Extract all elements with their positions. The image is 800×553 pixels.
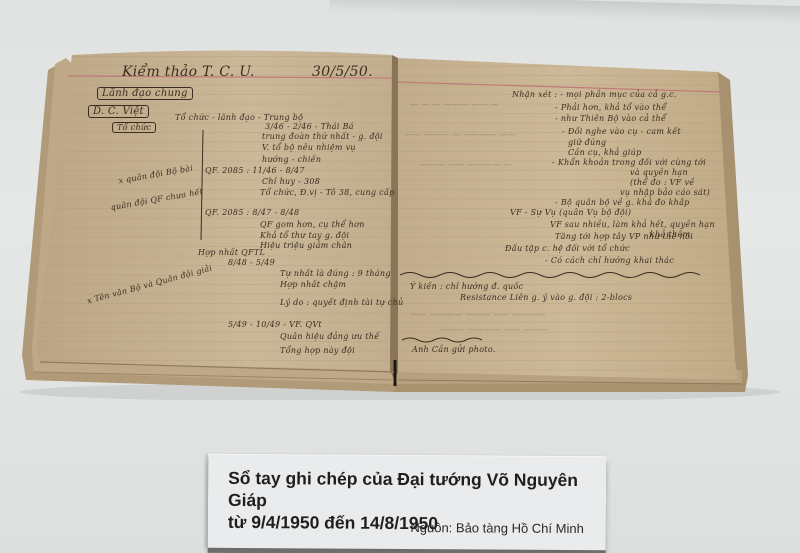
- handwriting-line: Tăng tới hợp tây VP như thế nói: [555, 232, 693, 241]
- caption-placard: Sổ tay ghi chép của Đại tướng Võ Nguyên …: [208, 454, 607, 550]
- handwriting-line: (thể đo : VF về: [630, 178, 694, 187]
- handwriting-line: Hiệu triệu giảm chân: [260, 241, 352, 250]
- handwriting-line: Hợp nhất QFTL: [198, 248, 265, 257]
- handwriting-line: - Có cách chỉ hướng khai thác: [545, 256, 674, 265]
- handwriting-line: Đấu tập c. hệ đối với tổ chức: [505, 244, 630, 253]
- handwriting-line: 5/49 - 10/49 - VF. QVt: [228, 320, 322, 329]
- placard-source: Nguồn: Bảo tàng Hồ Chí Minh: [410, 520, 584, 536]
- left-page-date: 30/5/50.: [312, 64, 373, 80]
- handwriting-line: V. tổ bộ nêu nhiệm vụ: [262, 143, 356, 152]
- handwriting-line: hướng - chiến: [262, 155, 321, 164]
- handwriting-line: giữ đúng: [568, 138, 606, 147]
- handwriting-line: VF - Sự Vụ (quân Vụ bộ đội): [510, 208, 631, 217]
- handwriting-line: Nhận xét : - mọi phần mục của cả g.c.: [512, 90, 677, 99]
- handwriting-line: - Khẩn khoản trong đối với cùng tới: [552, 158, 706, 167]
- handwriting-line: - Phải hơn, khả tổ vào thể: [555, 103, 667, 112]
- handwriting-line: QF gom hơn, cụ thể hơn: [260, 220, 365, 229]
- handwriting-line: vụ nhập bảo cáo sát): [620, 188, 710, 197]
- handwriting-line: Khả tổ thư tay g. đội: [260, 231, 349, 240]
- handwriting-line: 3/46 - 2/46 - Thái Bá: [265, 122, 354, 131]
- handwriting-line: Tổ chức - lãnh đạo - Trung bộ: [175, 113, 303, 122]
- handwriting-line: 8/48 - 5/49: [228, 258, 275, 267]
- handwriting-line: Ý kiến : chỉ hướng đ. quốc: [410, 282, 523, 291]
- handwriting-line: Hợp nhất chậm: [280, 280, 346, 289]
- handwriting-line: Tổ chức, Đ.vị - Tô 38, cung cấp: [260, 188, 395, 197]
- handwriting-line: Anh Cần gửi photo.: [412, 345, 496, 354]
- handwriting-line: Lý do : quyết định tài tự chủ: [280, 298, 403, 307]
- boxed-note-2: D. C. Việt: [88, 105, 149, 118]
- handwriting-line: và quyền hạn: [630, 168, 688, 177]
- boxed-note-3: Tổ chức: [112, 122, 156, 133]
- handwriting-line: - như Thiên Bộ vào cả thể: [555, 114, 666, 123]
- handwriting-line: Cần cụ, khả giúp: [568, 148, 642, 157]
- handwriting-line: - Bộ quân bộ về g. khả đo khắp: [555, 198, 690, 207]
- handwriting-line: trung đoàn thứ nhất - g. đội: [262, 132, 383, 141]
- handwriting-line: Tự nhất là đúng : 9 tháng: [280, 269, 391, 278]
- handwriting-line: Tổng hợp này đội: [280, 346, 355, 355]
- placard-title-line-1: Sổ tay ghi chép của Đại tướng Võ Nguyên …: [228, 467, 596, 513]
- handwriting-line: Chỉ huy - 308: [262, 177, 320, 186]
- handwriting-line: Quân hiệu đảng ưu thế: [280, 332, 379, 341]
- handwriting-line: QF. 2085 : 8/47 - 8/48: [205, 208, 299, 217]
- handwriting-line: VF sau nhiều, làm khả hết, quyền hạn: [550, 220, 715, 229]
- boxed-note-1: Lãnh đạo chung: [97, 87, 193, 100]
- museum-display-photo: Kiểm thảo T. C. U. 30/5/50. Lãnh đạo chu…: [0, 0, 800, 553]
- handwriting-line: QF. 2085 : 11/46 - 8/47: [205, 166, 305, 175]
- left-page-header: Kiểm thảo T. C. U.: [122, 64, 255, 80]
- handwriting-line: Resistance Liên g. ý vào g. đội : 2-bloc…: [460, 293, 632, 302]
- handwriting-line: - Đối nghe vào cụ - cam kết: [562, 127, 681, 136]
- open-notebook: Kiểm thảo T. C. U. 30/5/50. Lãnh đạo chu…: [0, 0, 800, 400]
